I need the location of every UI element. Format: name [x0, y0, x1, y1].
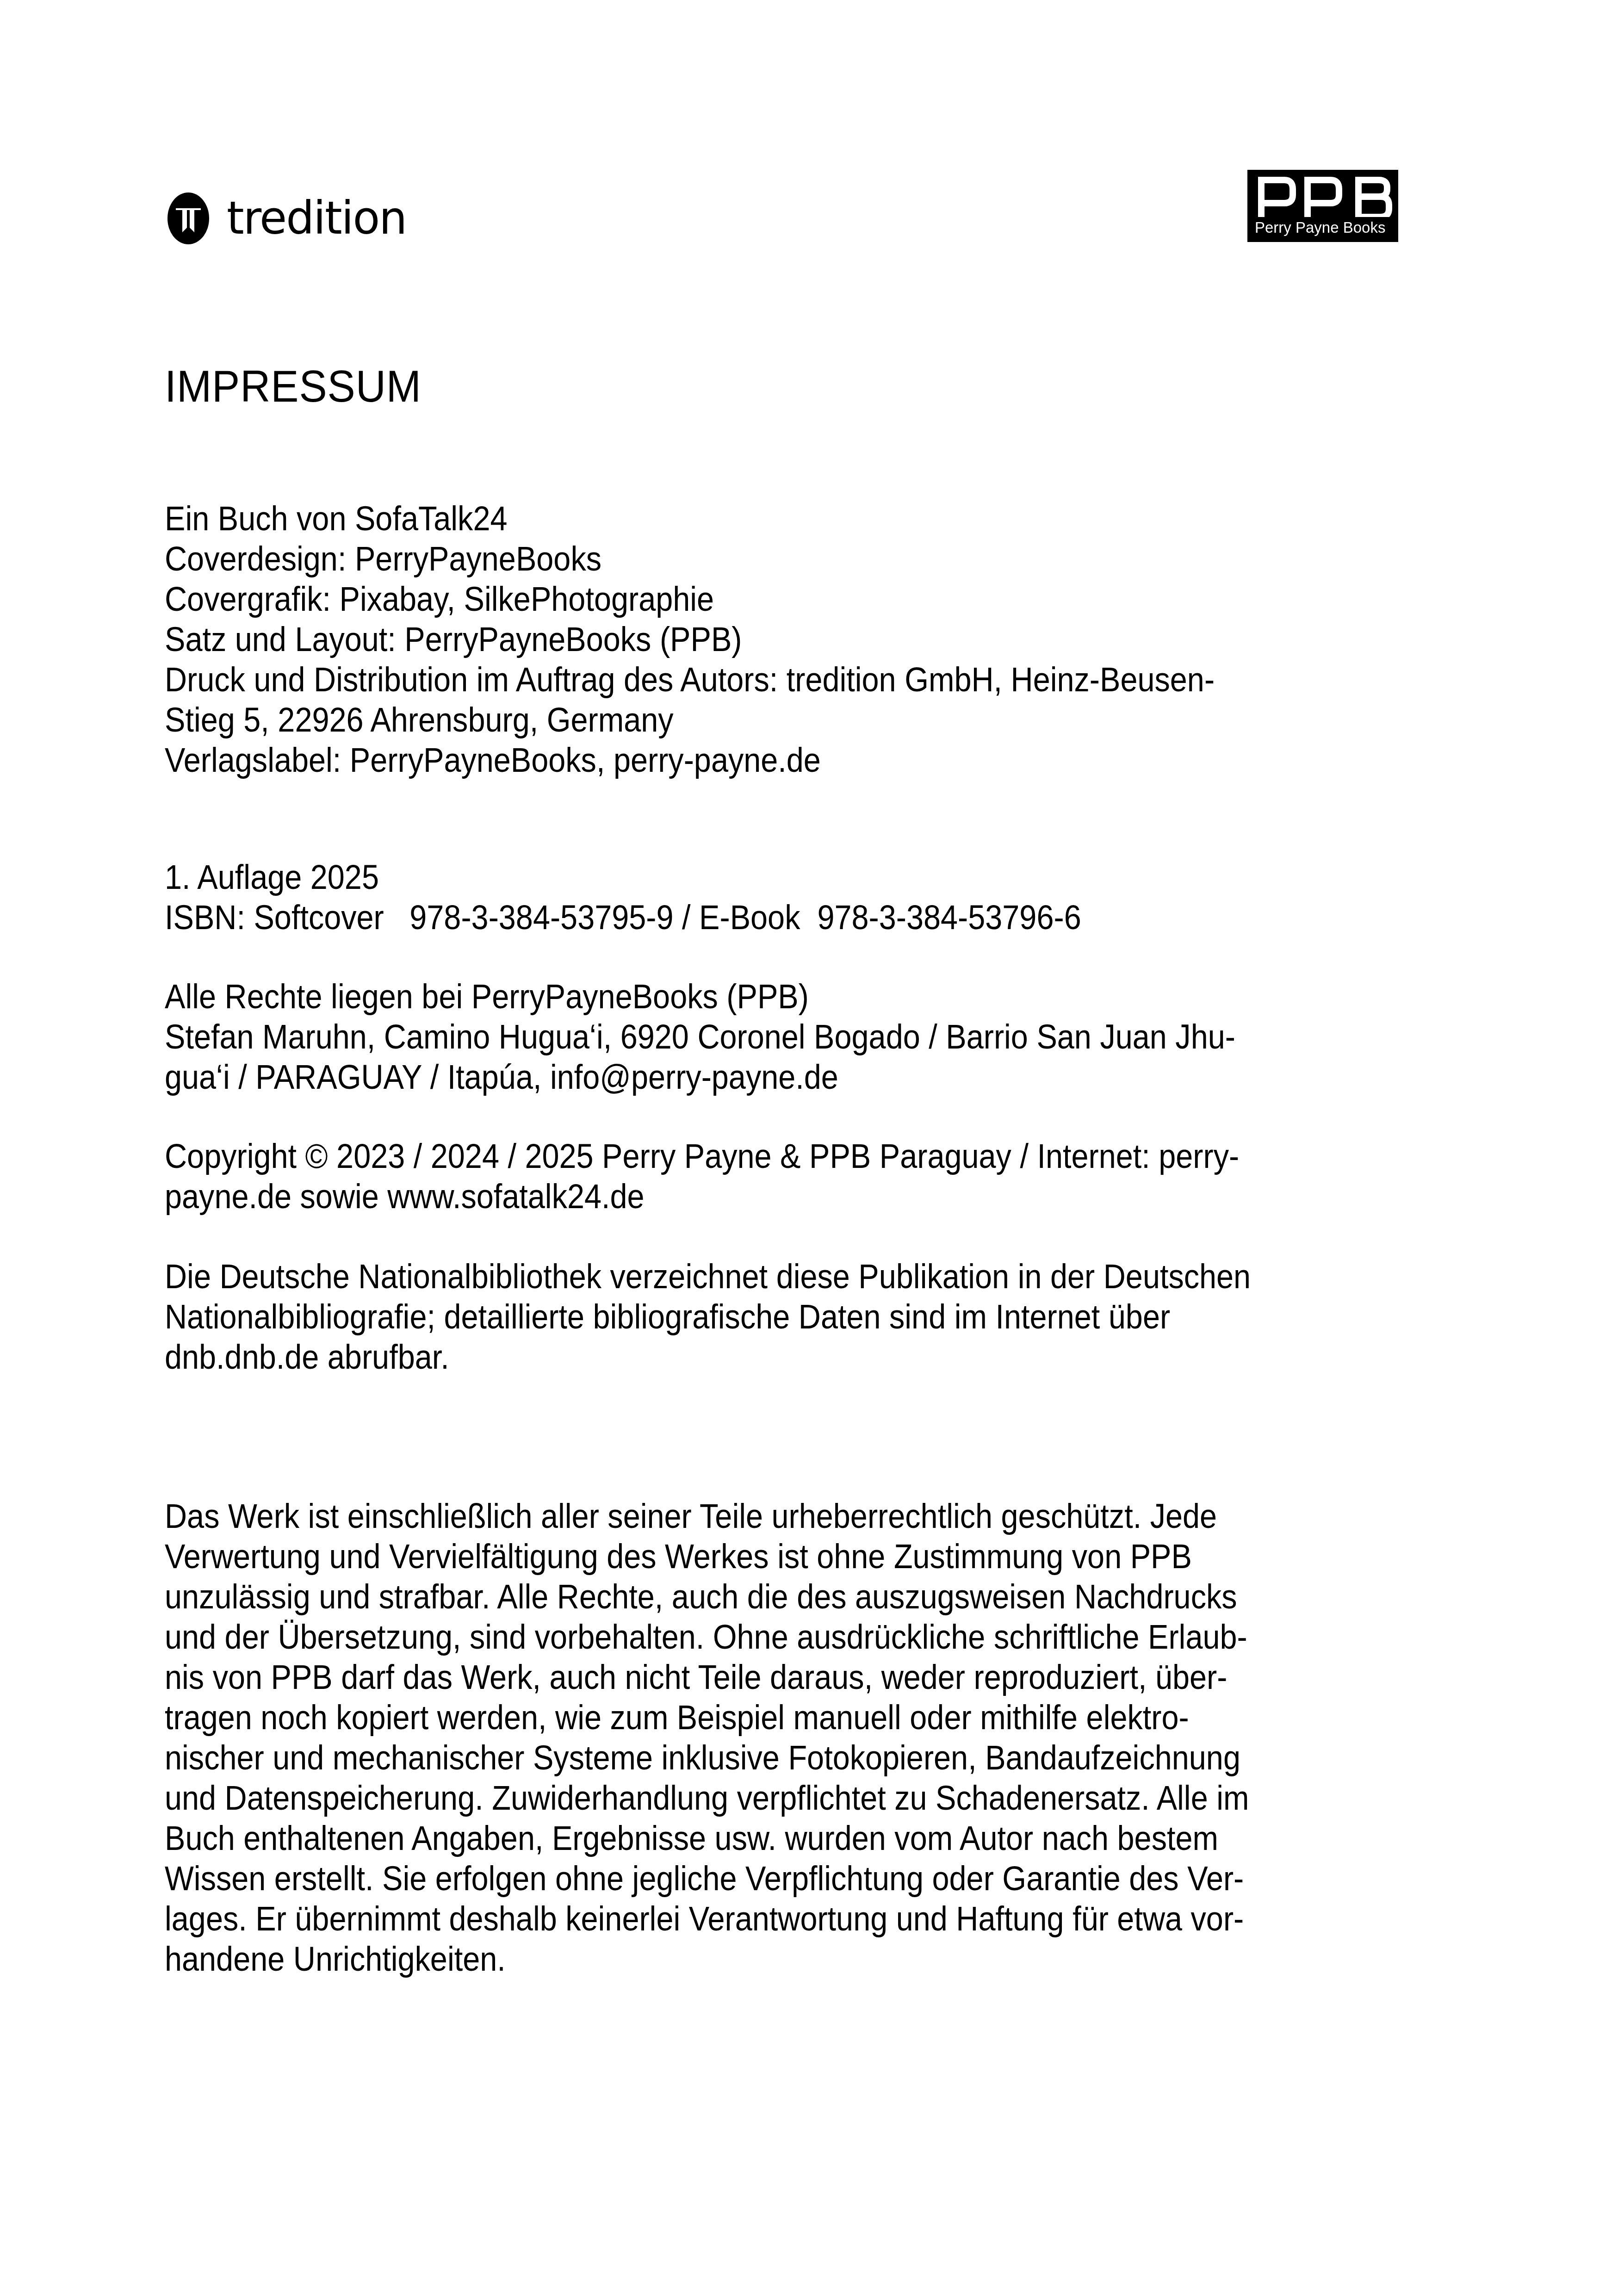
- credit-line: Covergrafik: Pixabay, SilkePhotographie: [165, 579, 1281, 619]
- credit-line: Druck und Distribution im Auftrag des Au…: [165, 659, 1281, 700]
- dnb-line: Die Deutsche Nationalbibliothek verzeich…: [165, 1256, 1281, 1297]
- dnb-notice-block: Die Deutsche Nationalbibliothek verzeich…: [165, 1256, 1405, 1377]
- page-title: IMPRESSUM: [165, 365, 422, 409]
- legal-line: Buch enthaltenen Angaben, Ergebnisse usw…: [165, 1818, 1281, 1858]
- copyright-block: Copyright © 2023 / 2024 / 2025 Perry Pay…: [165, 1136, 1405, 1216]
- legal-line: tragen noch kopiert werden, wie zum Beis…: [165, 1697, 1281, 1738]
- credit-line: Satz und Layout: PerryPayneBooks (PPB): [165, 619, 1281, 659]
- legal-line: nischer und mechanischer Systeme inklusi…: [165, 1738, 1281, 1778]
- credit-line: Coverdesign: PerryPayneBooks: [165, 539, 1281, 579]
- tredition-logo-icon: [167, 192, 209, 244]
- legal-line: handene Unrichtigkeiten.: [165, 1939, 1281, 1979]
- credit-line: Ein Buch von SofaTalk24: [165, 498, 1281, 539]
- ppb-logo: Perry Payne Books: [1247, 170, 1398, 242]
- ppb-logo-name: Perry Payne Books: [1255, 220, 1385, 235]
- copyright-line: Copyright © 2023 / 2024 / 2025 Perry Pay…: [165, 1136, 1281, 1176]
- edition-line: 1. Auflage 2025: [165, 857, 1281, 897]
- ppb-monogram: [1254, 176, 1393, 217]
- address-line: gua‘i / PARAGUAY / Itapúa, info@perry-pa…: [165, 1057, 1281, 1097]
- legal-line: unzulässig und strafbar. Alle Rechte, au…: [165, 1576, 1281, 1617]
- legal-line: Das Werk ist einschließlich aller seiner…: [165, 1496, 1281, 1536]
- legal-line: lages. Er übernimmt deshalb keinerlei Ve…: [165, 1899, 1281, 1939]
- legal-line: Wissen erstellt. Sie erfolgen ohne jegli…: [165, 1858, 1281, 1899]
- dnb-line: dnb.dnb.de abrufbar.: [165, 1337, 1281, 1377]
- copyright-line: payne.de sowie www.sofatalk24.de: [165, 1176, 1281, 1216]
- edition-block: 1. Auflage 2025 ISBN: Softcover 978-3-38…: [165, 857, 1405, 937]
- legal-notice-block: Das Werk ist einschließlich aller seiner…: [165, 1496, 1405, 1979]
- tredition-logo: tredition: [167, 191, 410, 246]
- legal-line: Verwertung und Vervielfältigung des Werk…: [165, 1536, 1281, 1576]
- credits-block: Ein Buch von SofaTalk24 Coverdesign: Per…: [165, 498, 1405, 780]
- dnb-line: Nationalbibliografie; detaillierte bibli…: [165, 1297, 1281, 1337]
- rights-line: Alle Rechte liegen bei PerryPayneBooks (…: [165, 976, 1281, 1017]
- legal-line: und Datenspeicherung. Zuwiderhandlung ve…: [165, 1778, 1281, 1818]
- address-line: Stefan Maruhn, Camino Hugua‘i, 6920 Coro…: [165, 1017, 1281, 1057]
- tredition-wordmark: tredition: [227, 196, 406, 241]
- legal-line: nis von PPB darf das Werk, auch nicht Te…: [165, 1657, 1281, 1697]
- rights-block: Alle Rechte liegen bei PerryPayneBooks (…: [165, 976, 1405, 1097]
- isbn-line: ISBN: Softcover 978-3-384-53795-9 / E-Bo…: [165, 897, 1281, 937]
- legal-line: und der Übersetzung, sind vorbehalten. O…: [165, 1617, 1281, 1657]
- credit-line: Stieg 5, 22926 Ahrensburg, Germany: [165, 700, 1281, 740]
- credit-line: Verlagslabel: PerryPayneBooks, perry-pay…: [165, 740, 1281, 780]
